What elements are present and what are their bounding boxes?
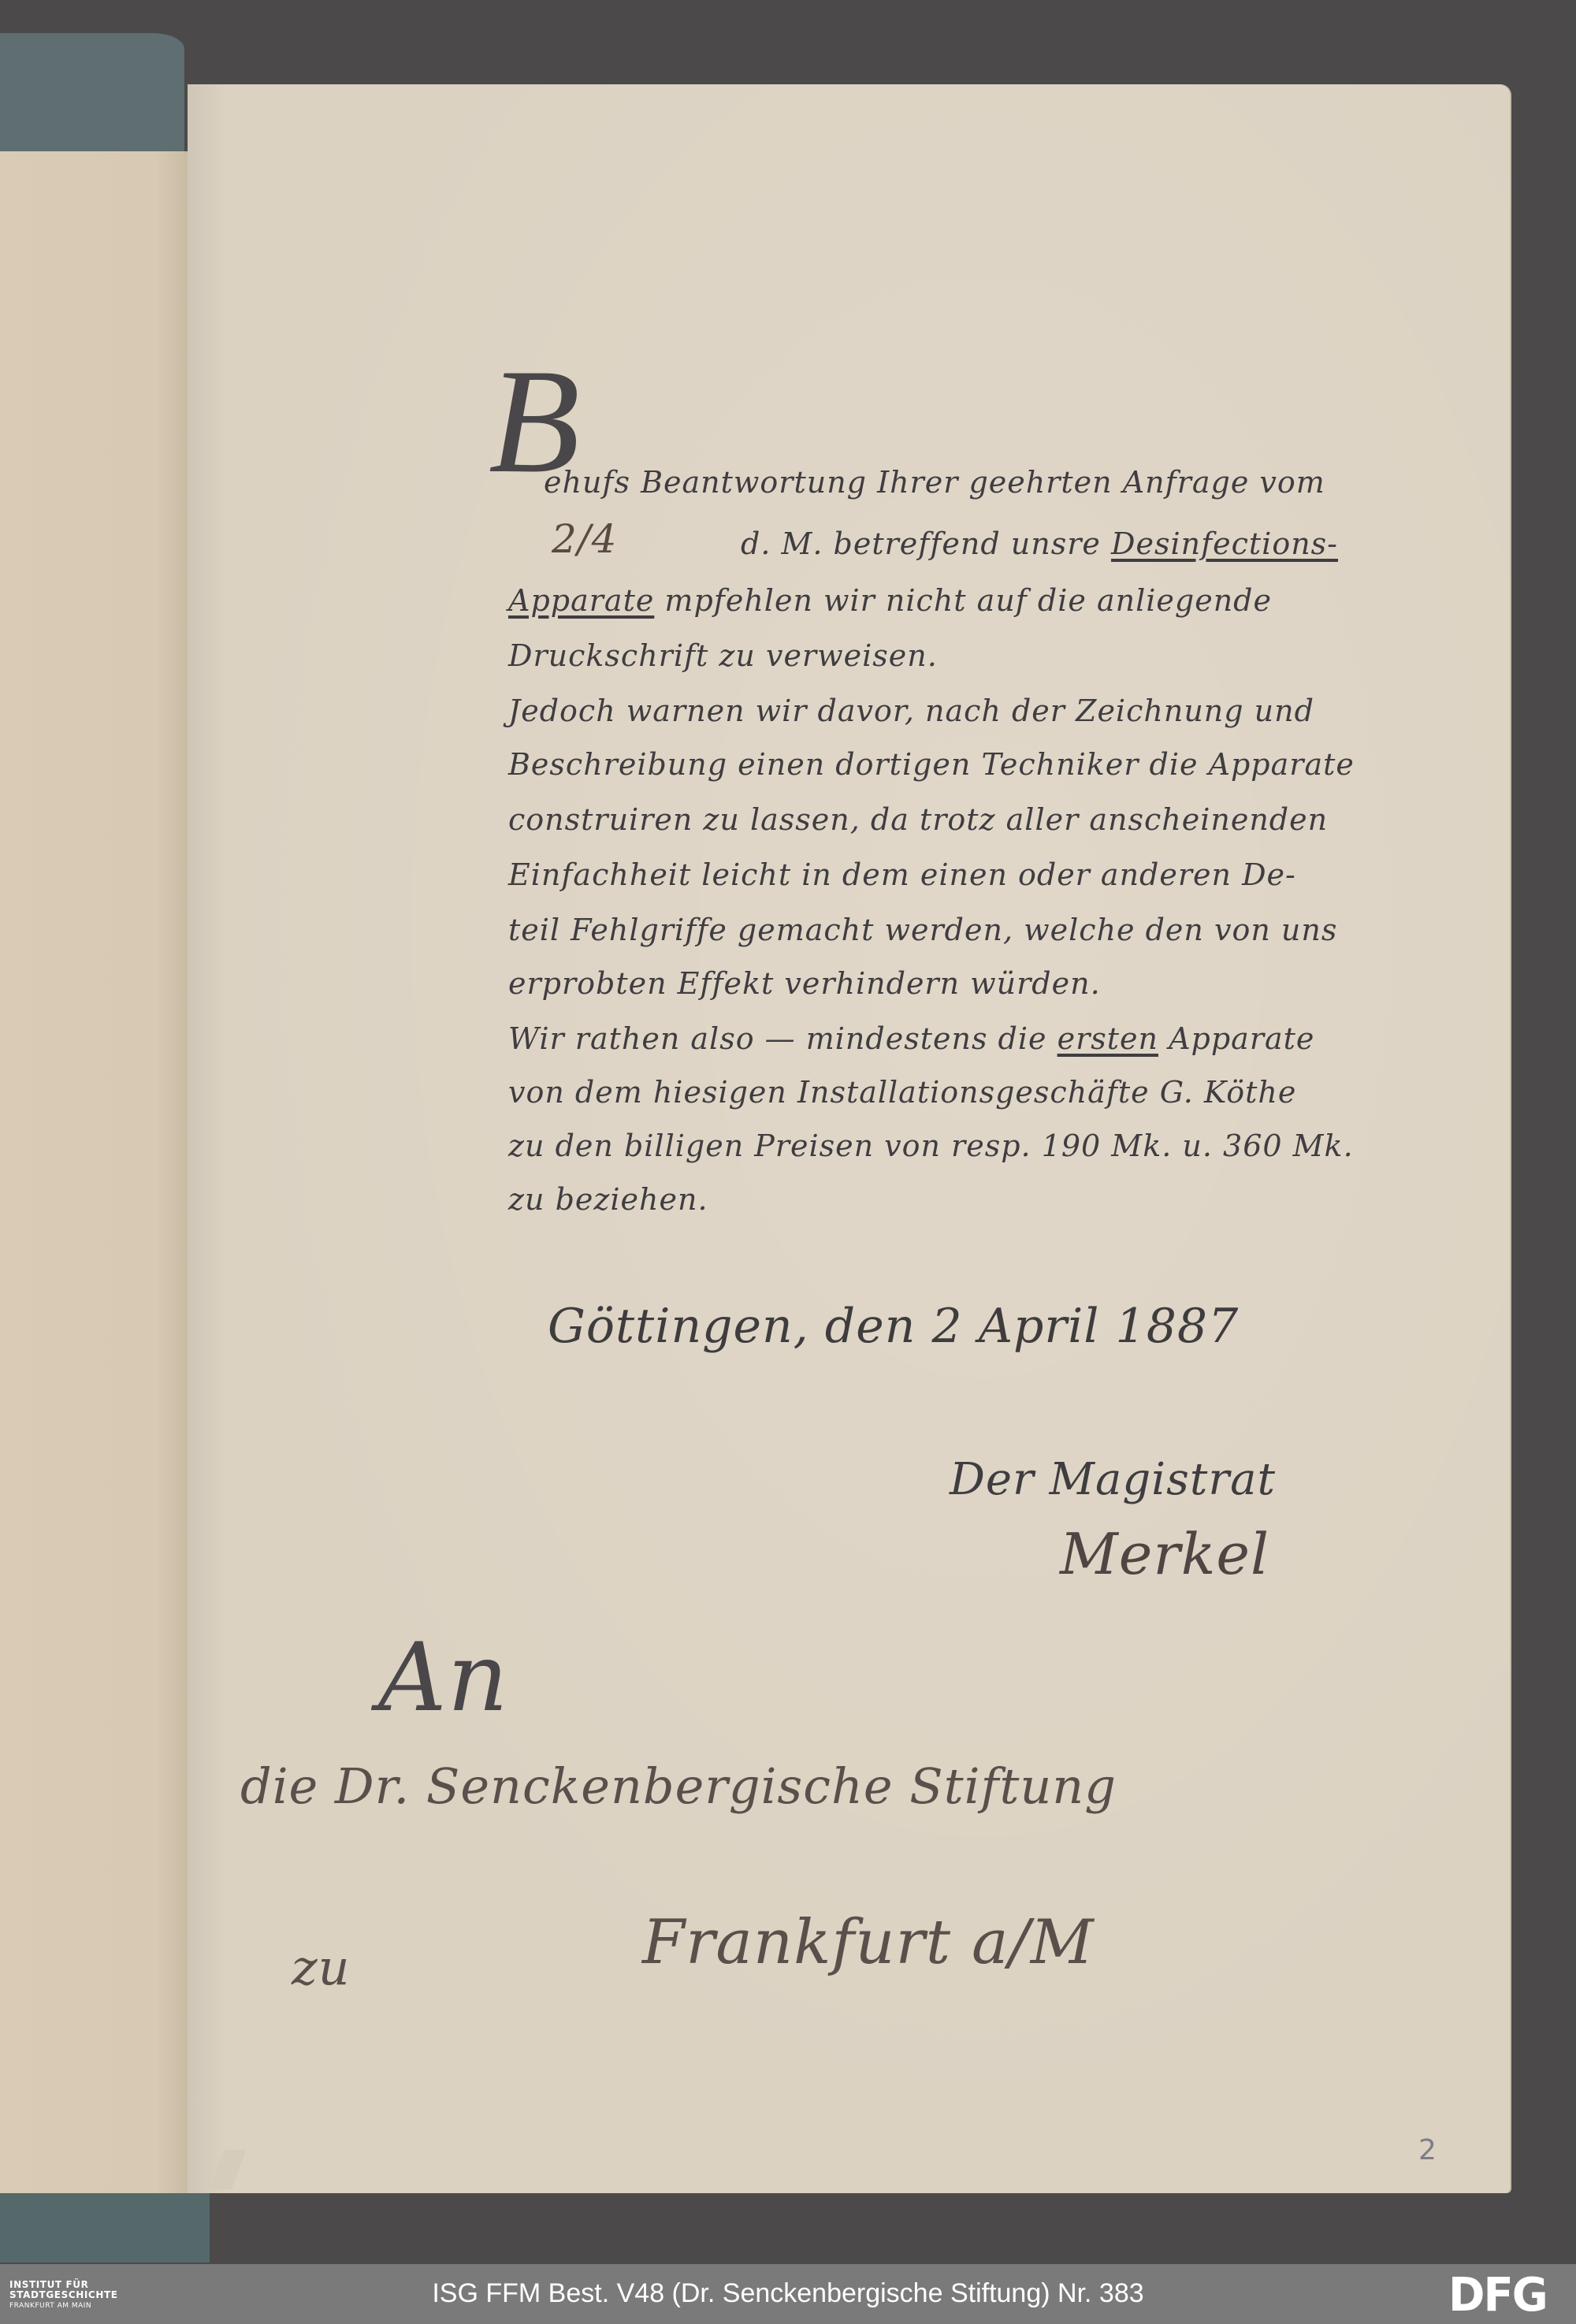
letter-line-11-after: Apparate	[1169, 1021, 1314, 1056]
pencil-page-number: 2	[1418, 2134, 1437, 2166]
address-prefix: zu	[292, 1939, 351, 1996]
letter-line-6: Beschreibung einen dortigen Techniker di…	[508, 747, 1355, 782]
underlined-word: Desinfections-	[1111, 526, 1338, 561]
letter-line-2: d. M. betreffend unsre Desinfections-	[741, 526, 1338, 561]
reference-date: 2/4	[552, 516, 617, 562]
letter-line-12: von dem hiesigen Installationsgeschäfte …	[508, 1075, 1296, 1110]
signature: Merkel	[1060, 1521, 1269, 1587]
letter-line-3: Apparate mpfehlen wir nicht auf die anli…	[508, 583, 1272, 618]
dfg-logo: DFG	[1448, 2273, 1547, 2319]
left-facing-page	[0, 151, 195, 2194]
letter-line-2-text: d. M. betreffend unsre	[741, 526, 1101, 561]
letter-line-10: erprobten Effekt verhindern würden.	[508, 966, 1101, 1001]
address-salutation: An	[378, 1623, 509, 1733]
address-city: Frankfurt a/M	[642, 1907, 1095, 1978]
letter-line-5: Jedoch warnen wir davor, nach der Zeichn…	[508, 693, 1314, 728]
letter-line-11-before: Wir rathen also — mindestens die	[508, 1021, 1047, 1056]
letter-line-14: zu beziehen.	[508, 1182, 708, 1217]
underlined-word: Apparate	[508, 583, 654, 618]
letter-line-4: Druckschrift zu verweisen.	[508, 638, 938, 673]
underlined-word: ersten	[1057, 1021, 1158, 1056]
letter-line-3-text: mpfehlen wir nicht auf die anliegende	[664, 583, 1272, 618]
place-and-date: Göttingen, den 2 April 1887	[548, 1299, 1239, 1354]
letter-line-1: ehufs Beantwortung Ihrer geehrten Anfrag…	[544, 465, 1325, 500]
cover-board-top	[0, 33, 184, 153]
letter-line-8: Einfachheit leicht in dem einen oder and…	[508, 857, 1296, 892]
cover-board-bottom	[0, 2193, 210, 2263]
letter-line-11: Wir rathen also — mindestens die ersten …	[508, 1021, 1314, 1056]
letter-line-9: teil Fehlgriffe gemacht werden, welche d…	[508, 913, 1337, 947]
issuing-authority: Der Magistrat	[950, 1454, 1276, 1505]
address-recipient: die Dr. Senckenbergische Stiftung	[240, 1757, 1117, 1815]
archive-signature-title: ISG FFM Best. V48 (Dr. Senckenbergische …	[0, 2278, 1576, 2309]
letter-line-7: construiren zu lassen, da trotz aller an…	[508, 802, 1328, 837]
letter-line-13: zu den billigen Preisen von resp. 190 Mk…	[508, 1129, 1354, 1163]
